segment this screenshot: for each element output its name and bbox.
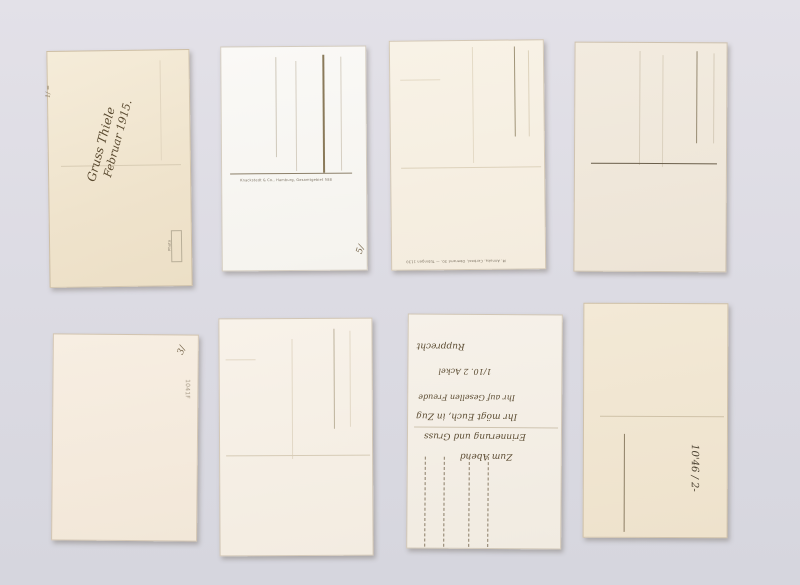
divider-line — [275, 57, 277, 157]
divider-line — [295, 61, 297, 171]
postcard-8: 10'46 / 2- — [583, 303, 729, 539]
stamp-guide-line — [400, 79, 440, 80]
divider-line — [528, 50, 530, 136]
address-divider-line — [600, 416, 724, 417]
publisher-imprint: M. Annaka, Cerbeal, Oberamt 30. — Tübing… — [406, 259, 506, 264]
postcard-1: 1/ = Gruss Thiele Februar 1915. Photo — [46, 49, 192, 288]
address-divider-line — [61, 164, 181, 167]
side-note: 1041F — [184, 379, 191, 399]
divider-line — [333, 329, 335, 429]
divider-line — [639, 51, 641, 165]
corner-note: 1/ = — [45, 85, 52, 98]
postcard-5: 3/ 1041F — [51, 333, 199, 541]
postcard-7: Rupprecht 1/10. 2 Ackel Ihr auf Gesellen… — [406, 313, 563, 549]
handwritten-signature: Rupprecht — [417, 341, 465, 351]
handwritten-line: Ihr auf Gesellen Freude — [418, 393, 515, 403]
divider-line — [696, 51, 697, 143]
divider-line — [349, 331, 351, 427]
handwritten-greeting: Zum Abend — [460, 451, 513, 461]
corner-note: 3/ — [176, 345, 188, 357]
stamp-guide-line — [226, 359, 256, 360]
handwritten-line: Erinnerung und Gruss — [424, 431, 526, 442]
divider-line — [514, 46, 516, 136]
address-divider-line — [401, 166, 541, 168]
postcard-3: M. Annaka, Cerbeal, Oberamt 30. — Tübing… — [389, 39, 546, 271]
stamp-guide-line — [159, 60, 161, 160]
divider-line — [322, 55, 325, 173]
postcard-6 — [218, 318, 373, 557]
handwritten-date: 1/10. 2 Ackel — [438, 367, 491, 376]
divider-line — [340, 57, 342, 171]
address-line — [468, 457, 470, 547]
photographer-stamp: Photo — [171, 230, 182, 262]
side-note: 10'46 / 2- — [689, 444, 700, 492]
handwritten-line: Ihr mögt Euch, in Zug — [416, 411, 517, 422]
divider-line — [291, 339, 293, 459]
address-divider-line — [226, 455, 370, 457]
postcard-4 — [573, 42, 727, 273]
corner-note: 5/ — [355, 244, 367, 256]
address-line — [443, 457, 445, 547]
divider-line — [472, 47, 474, 163]
publisher-imprint: Knackstedt & Co., Hamburg, Gesamtgebiet … — [240, 178, 332, 183]
postcard-2: Knackstedt & Co., Hamburg, Gesamtgebiet … — [220, 45, 368, 271]
address-divider-line — [230, 173, 352, 175]
address-line — [624, 434, 625, 532]
divider-line — [662, 55, 664, 167]
address-divider-line — [414, 427, 558, 429]
address-divider-line — [591, 163, 717, 165]
address-line — [487, 457, 489, 547]
address-line — [424, 457, 426, 547]
divider-line — [713, 53, 714, 143]
